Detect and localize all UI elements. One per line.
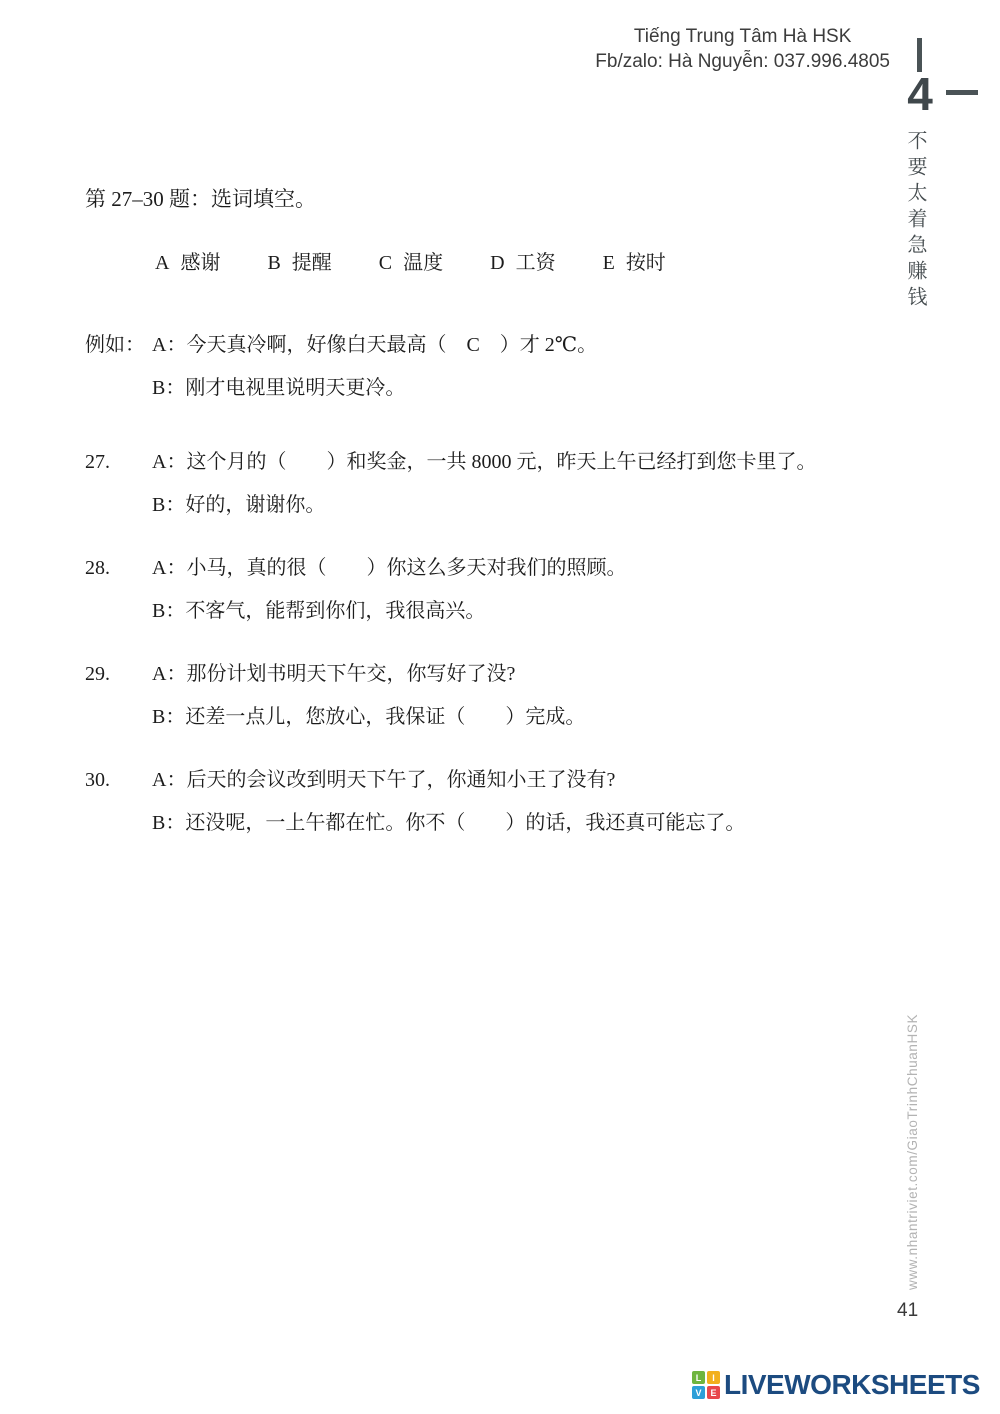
unit-tab-vertical-line: [917, 38, 922, 72]
option-letter: B: [267, 252, 280, 274]
unit-tab-dash-line: [946, 90, 978, 95]
liveworksheets-logo-text: LIVEWORKSHEETS: [724, 1369, 980, 1401]
logo-square-l: L: [692, 1371, 705, 1384]
word-bank-option-c: C温度: [379, 248, 443, 278]
question-line-a: A：小马，真的很（ ）你这么多天对我们的照顾。: [152, 547, 845, 590]
option-word: 温度: [403, 252, 443, 274]
example-label: 例如：: [85, 324, 152, 410]
logo-square-i: I: [707, 1371, 720, 1384]
example-line-b: B：刚才电视里说明天更冷。: [152, 367, 845, 410]
logo-square-e: E: [707, 1386, 720, 1399]
option-letter: E: [603, 252, 615, 274]
side-url-vertical: www.nhantriviet.com/GiaoTrinhChuanHSK: [905, 1014, 920, 1290]
question-line-b: B：还差一点儿，您放心，我保证（ ）完成。: [152, 696, 845, 739]
option-word: 感谢: [180, 252, 220, 274]
option-word: 提醒: [292, 252, 332, 274]
example-line-a: A：今天真冷啊，好像白天最高（ C ）才 2℃。: [152, 324, 845, 367]
question-line-b: B：还没呢，一上午都在忙。你不（ ）的话，我还真可能忘了。: [152, 802, 845, 845]
example-block: 例如： A：今天真冷啊，好像白天最高（ C ）才 2℃。 B：刚才电视里说明天更…: [85, 324, 845, 410]
unit-number: 4: [902, 70, 938, 118]
header-contact-line: Fb/zalo: Hà Nguyễn: 037.996.4805: [595, 49, 890, 74]
question-line-a: A：这个月的（ ）和奖金，一共 8000 元，昨天上午已经打到您卡里了。: [152, 441, 845, 484]
option-word: 工资: [516, 252, 556, 274]
page-number: 41: [897, 1300, 918, 1322]
word-bank-option-a: A感谢: [155, 248, 220, 278]
exercise-content: 第 27–30 题：选词填空。 A感谢 B提醒 C温度 D工资 E按时 例如： …: [85, 184, 845, 845]
question-number: 27.: [85, 441, 152, 527]
liveworksheets-logo[interactable]: L I V E LIVEWORKSHEETS: [692, 1369, 980, 1401]
word-bank-option-b: B提醒: [267, 248, 331, 278]
header-contact: Tiếng Trung Tâm Hà HSK Fb/zalo: Hà Nguyễ…: [595, 24, 890, 74]
option-letter: A: [155, 252, 169, 274]
question-29: 29. A：那份计划书明天下午交，你写好了没? B：还差一点儿，您放心，我保证（…: [85, 653, 845, 739]
question-30: 30. A：后天的会议改到明天下午了，你通知小王了没有? B：还没呢，一上午都在…: [85, 759, 845, 845]
word-bank-option-d: D工资: [490, 248, 555, 278]
word-bank-option-e: E按时: [603, 248, 666, 278]
worksheet-page: Tiếng Trung Tâm Hà HSK Fb/zalo: Hà Nguyễ…: [0, 0, 1000, 1414]
question-line-a: A：那份计划书明天下午交，你写好了没?: [152, 653, 845, 696]
option-letter: D: [490, 252, 504, 274]
logo-square-v: V: [692, 1386, 705, 1399]
word-bank: A感谢 B提醒 C温度 D工资 E按时: [155, 248, 845, 278]
header-center-name: Tiếng Trung Tâm Hà HSK: [595, 24, 890, 49]
question-number: 30.: [85, 759, 152, 845]
question-27: 27. A：这个月的（ ）和奖金，一共 8000 元，昨天上午已经打到您卡里了。…: [85, 441, 845, 527]
exercise-title: 第 27–30 题：选词填空。: [85, 184, 845, 214]
question-number: 29.: [85, 653, 152, 739]
question-28: 28. A：小马，真的很（ ）你这么多天对我们的照顾。 B：不客气，能帮到你们，…: [85, 547, 845, 633]
option-letter: C: [379, 252, 392, 274]
question-line-b: B：不客气，能帮到你们，我很高兴。: [152, 590, 845, 633]
liveworksheets-logo-icon: L I V E: [692, 1371, 720, 1399]
question-number: 28.: [85, 547, 152, 633]
question-line-a: A：后天的会议改到明天下午了，你通知小王了没有?: [152, 759, 845, 802]
option-word: 按时: [626, 252, 666, 274]
question-line-b: B：好的，谢谢你。: [152, 484, 845, 527]
chapter-title-vertical: 不要太着急赚钱: [901, 130, 930, 312]
